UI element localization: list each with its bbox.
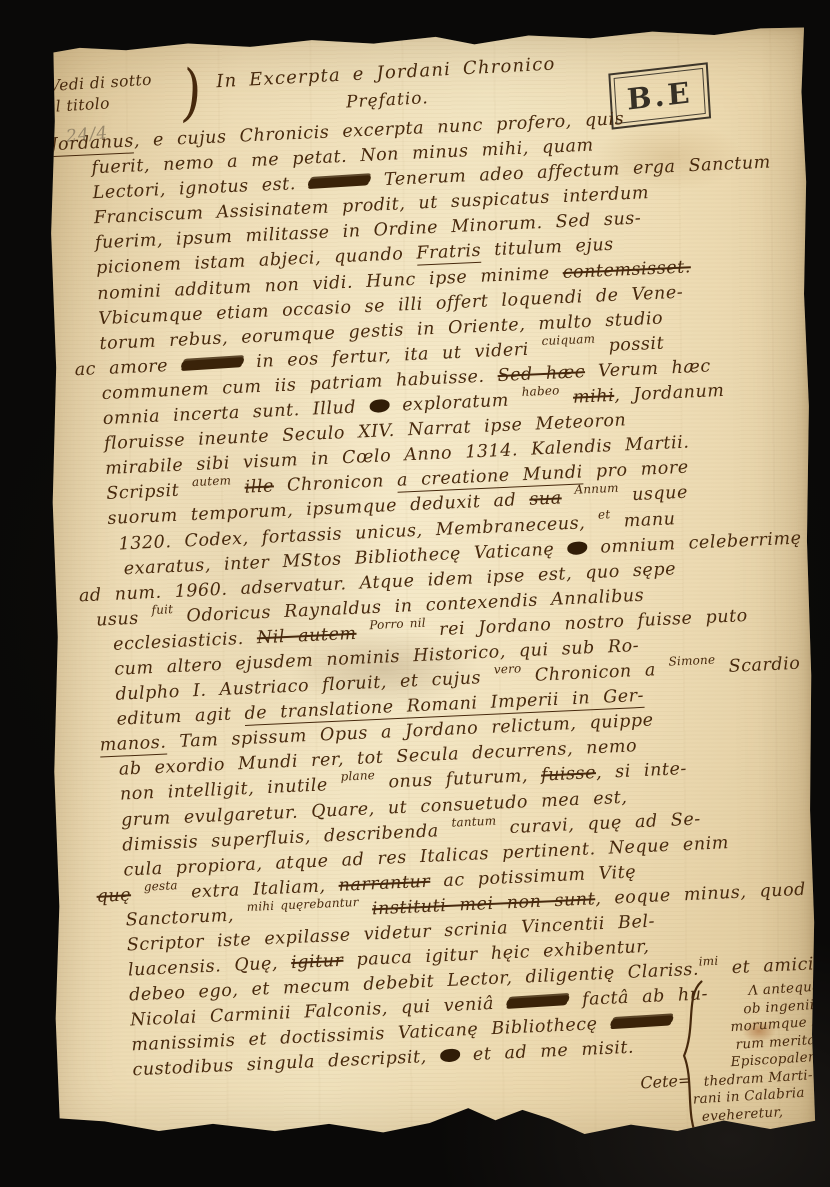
strikethrough-segment: mihi [573,386,615,408]
interlinear-insertion: Simone [668,653,715,669]
text-segment: usus [96,608,153,631]
text-segment: ac amore [74,355,181,380]
text-segment: usque [619,483,689,506]
text-segment: possit [595,333,665,356]
scribble-deletion-mark [180,357,244,369]
text-segment [559,388,573,409]
strikethrough-segment: fuisse [541,764,597,786]
text-segment: Sanctorum, [125,905,247,930]
strikethrough-segment: Nil autem [256,624,357,649]
interlinear-insertion: vero [493,661,521,676]
interlinear-insertion: cuiquam [541,332,595,348]
interlinear-insertion: plane [340,769,375,785]
photo-background: Vedi di sotto il titolo ) 24/4 In Excerp… [0,0,830,1187]
strikethrough-segment: quę [96,885,131,907]
strikethrough-segment: ille [244,477,274,498]
underlined-segment: manos. [99,733,167,758]
text-segment: Chronicon [273,471,397,497]
marginal-note-top-left: Vedi di sotto il titolo [48,70,153,118]
strikethrough-segment: Sed hæc [497,362,585,386]
marginal-note-bottom-right: Λ antequamob ingeniimorumque suo-rum mer… [686,975,830,1126]
strikethrough-segment: igitur [291,951,344,973]
manuscript-body-text: Jordanus, e cujus Chronicis excerpta nun… [48,98,830,1088]
scribble-deletion-mark [308,175,372,187]
text-segment: Scardio [715,654,801,678]
ink-blot [567,541,588,555]
underlined-segment: Fratris [416,241,482,266]
scribble-deletion-mark [609,1016,673,1028]
interlinear-insertion: tantum [451,813,496,829]
text-segment: Scripsit [106,480,193,504]
text-segment [358,899,372,920]
strikethrough-segment: narrantur [338,872,431,896]
interlinear-insertion: gesta [143,878,178,894]
text-segment [131,885,145,906]
interlinear-insertion: Porro nil [369,616,426,633]
text-segment: , si inte- [596,759,688,783]
text-segment: manu [610,509,676,532]
text-segment: pro more [582,458,689,483]
interlinear-insertion: habeo [521,383,559,399]
ink-blot [369,399,390,413]
strikethrough-segment: sua [529,489,562,510]
underlined-segment: Jordanus [50,131,134,157]
scribble-deletion-mark [506,995,570,1007]
text-segment [561,488,575,509]
interlinear-insertion: imi [698,954,718,969]
text-segment [356,623,370,644]
interlinear-insertion: autem [192,474,232,490]
interlinear-insertion: fuit [151,602,173,617]
text-segment: Verum hæc [585,356,712,382]
interlinear-insertion: Annum [574,481,619,497]
parenthesis-mark: ) [179,55,204,129]
title-block: In Excerpta e Jordani Chronico Pręfatio. [201,53,573,120]
manuscript-page: Vedi di sotto il titolo ) 24/4 In Excerp… [33,25,817,1154]
interlinear-insertion: et [598,507,611,522]
text-segment: , Jordanum [614,381,725,406]
ink-blot [440,1049,461,1063]
